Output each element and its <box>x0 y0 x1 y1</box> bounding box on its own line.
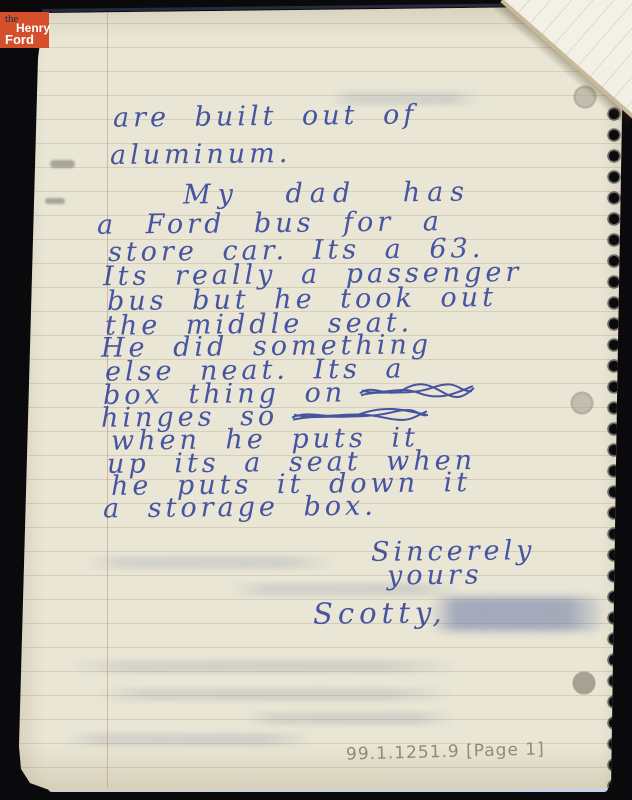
ghost-showthrough <box>85 556 335 569</box>
letter-line: are built out of <box>113 101 418 131</box>
letter-page: are built out of aluminum. My dad has a … <box>0 0 632 800</box>
punch-hole <box>571 670 597 696</box>
letter-line: aluminum. <box>110 140 292 169</box>
catalog-number: 99.1.1251.9 [Page 1] <box>346 739 545 764</box>
letter-line-text: aluminum. <box>110 138 292 171</box>
redacted-surname-blur <box>430 597 602 631</box>
scribbled-out-word <box>358 378 476 403</box>
scanned-letter-image: are built out of aluminum. My dad has a … <box>0 0 632 800</box>
letter-line: My dad has <box>183 178 471 208</box>
ghost-showthrough <box>65 733 315 746</box>
signature-text: Scotty, <box>313 595 447 630</box>
henry-ford-logo: the Henry Ford <box>0 12 49 48</box>
letter-line-text: a storage box. <box>103 491 377 525</box>
ghost-showthrough <box>70 660 460 673</box>
closing-line: yours <box>387 561 483 589</box>
spiral-binding-holes <box>600 104 626 792</box>
logo-ford: Ford <box>5 33 34 46</box>
letter-line: a storage box. <box>103 493 377 523</box>
punch-hole <box>569 390 595 416</box>
pencil-smudge <box>45 198 65 204</box>
pencil-smudge <box>50 160 75 168</box>
signature: Scotty, <box>313 598 447 628</box>
letter-line-text: are built out of <box>113 99 418 133</box>
ghost-showthrough <box>95 688 455 701</box>
closing-text: yours <box>387 559 483 591</box>
ghost-showthrough <box>245 712 455 725</box>
